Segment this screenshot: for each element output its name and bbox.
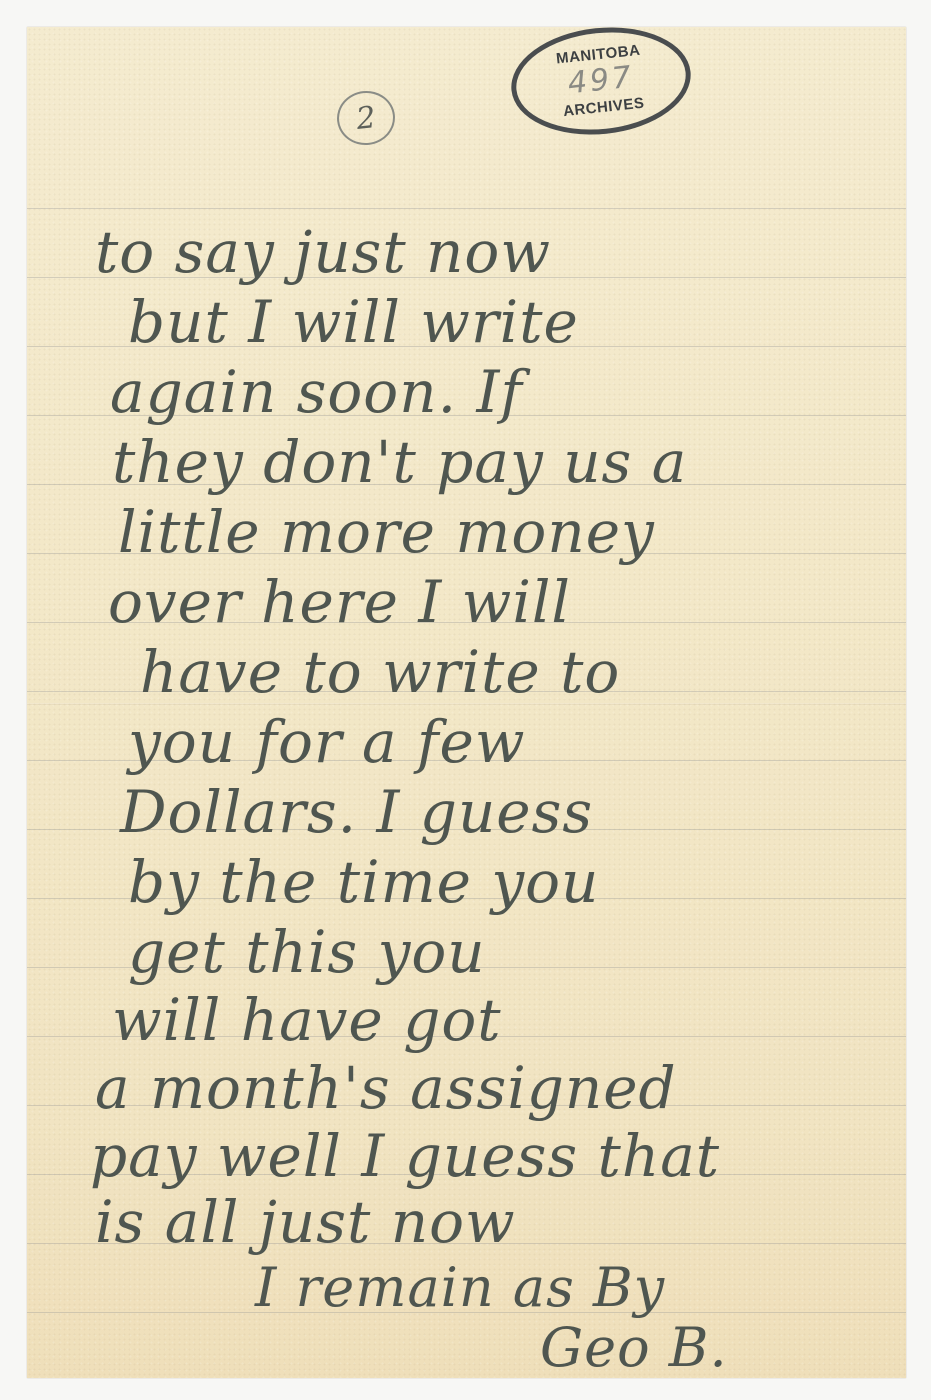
page: 2 MANITOBA 497 ARCHIVES to say just now …: [0, 0, 931, 1400]
letter-line: but I will write: [128, 292, 579, 352]
letter-line: have to write to: [140, 642, 620, 702]
page-number-text: 2: [355, 100, 378, 137]
letter-line: get this you: [128, 922, 486, 982]
closing-line: I remain as By: [255, 1258, 665, 1318]
letter-line: over here I will: [108, 572, 571, 632]
signature: Geo B.: [540, 1318, 728, 1378]
letter-line: you for a few: [128, 712, 525, 772]
letter-line: a month's assigned: [95, 1058, 677, 1118]
letter-line: to say just now: [95, 222, 551, 282]
letter-line: pay well I guess that: [90, 1126, 720, 1186]
letter-line: by the time you: [128, 852, 599, 912]
ruled-line: [27, 208, 906, 209]
letter-line: Dollars. I guess: [120, 782, 593, 842]
letter-line: will have got: [112, 990, 502, 1050]
letter-line: little more money: [118, 502, 655, 562]
letter-line: again soon. If: [110, 362, 523, 422]
letter-line: is all just now: [95, 1192, 516, 1252]
letter-line: they don't pay us a: [112, 432, 687, 492]
